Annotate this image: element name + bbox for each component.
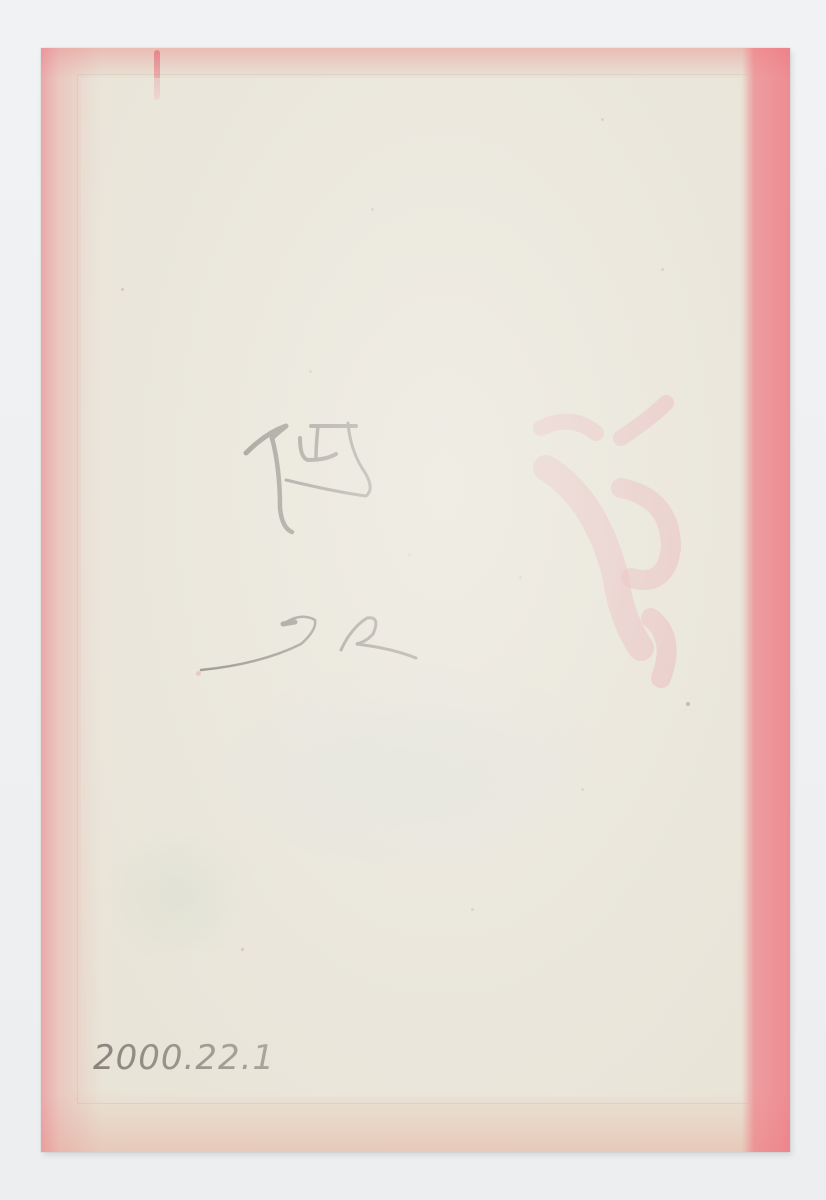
tibetan-numeral-inscription: ༧༢	[191, 608, 431, 678]
blue-fleck	[686, 702, 690, 706]
paper-fleck	[471, 908, 474, 911]
pink-drip-mark	[154, 50, 160, 100]
paper-fleck	[581, 788, 584, 791]
paper-fleck	[241, 948, 244, 951]
pink-show-through-glyph	[501, 378, 701, 698]
tibetan-syllable-text: དམ	[236, 408, 238, 409]
paper-fleck	[121, 288, 124, 291]
paper-fleck	[408, 553, 411, 556]
accession-number-pencil: 2000.22.1	[93, 1038, 275, 1078]
green-show-through	[101, 818, 261, 968]
tibetan-numeral-text: ༧༢	[191, 608, 193, 609]
paper-fleck	[601, 118, 604, 121]
tibetan-syllable-inscription: དམ	[236, 408, 386, 538]
blue-show-through	[211, 658, 611, 878]
card-inner-frame	[77, 74, 750, 1104]
card: དམ ༧༢ 2000.22.1	[41, 48, 790, 1152]
paper-fleck	[371, 208, 374, 211]
paper-fleck	[519, 576, 522, 579]
pink-fleck	[196, 671, 201, 676]
paper-fleck	[309, 370, 312, 373]
paper-fleck	[661, 268, 664, 271]
